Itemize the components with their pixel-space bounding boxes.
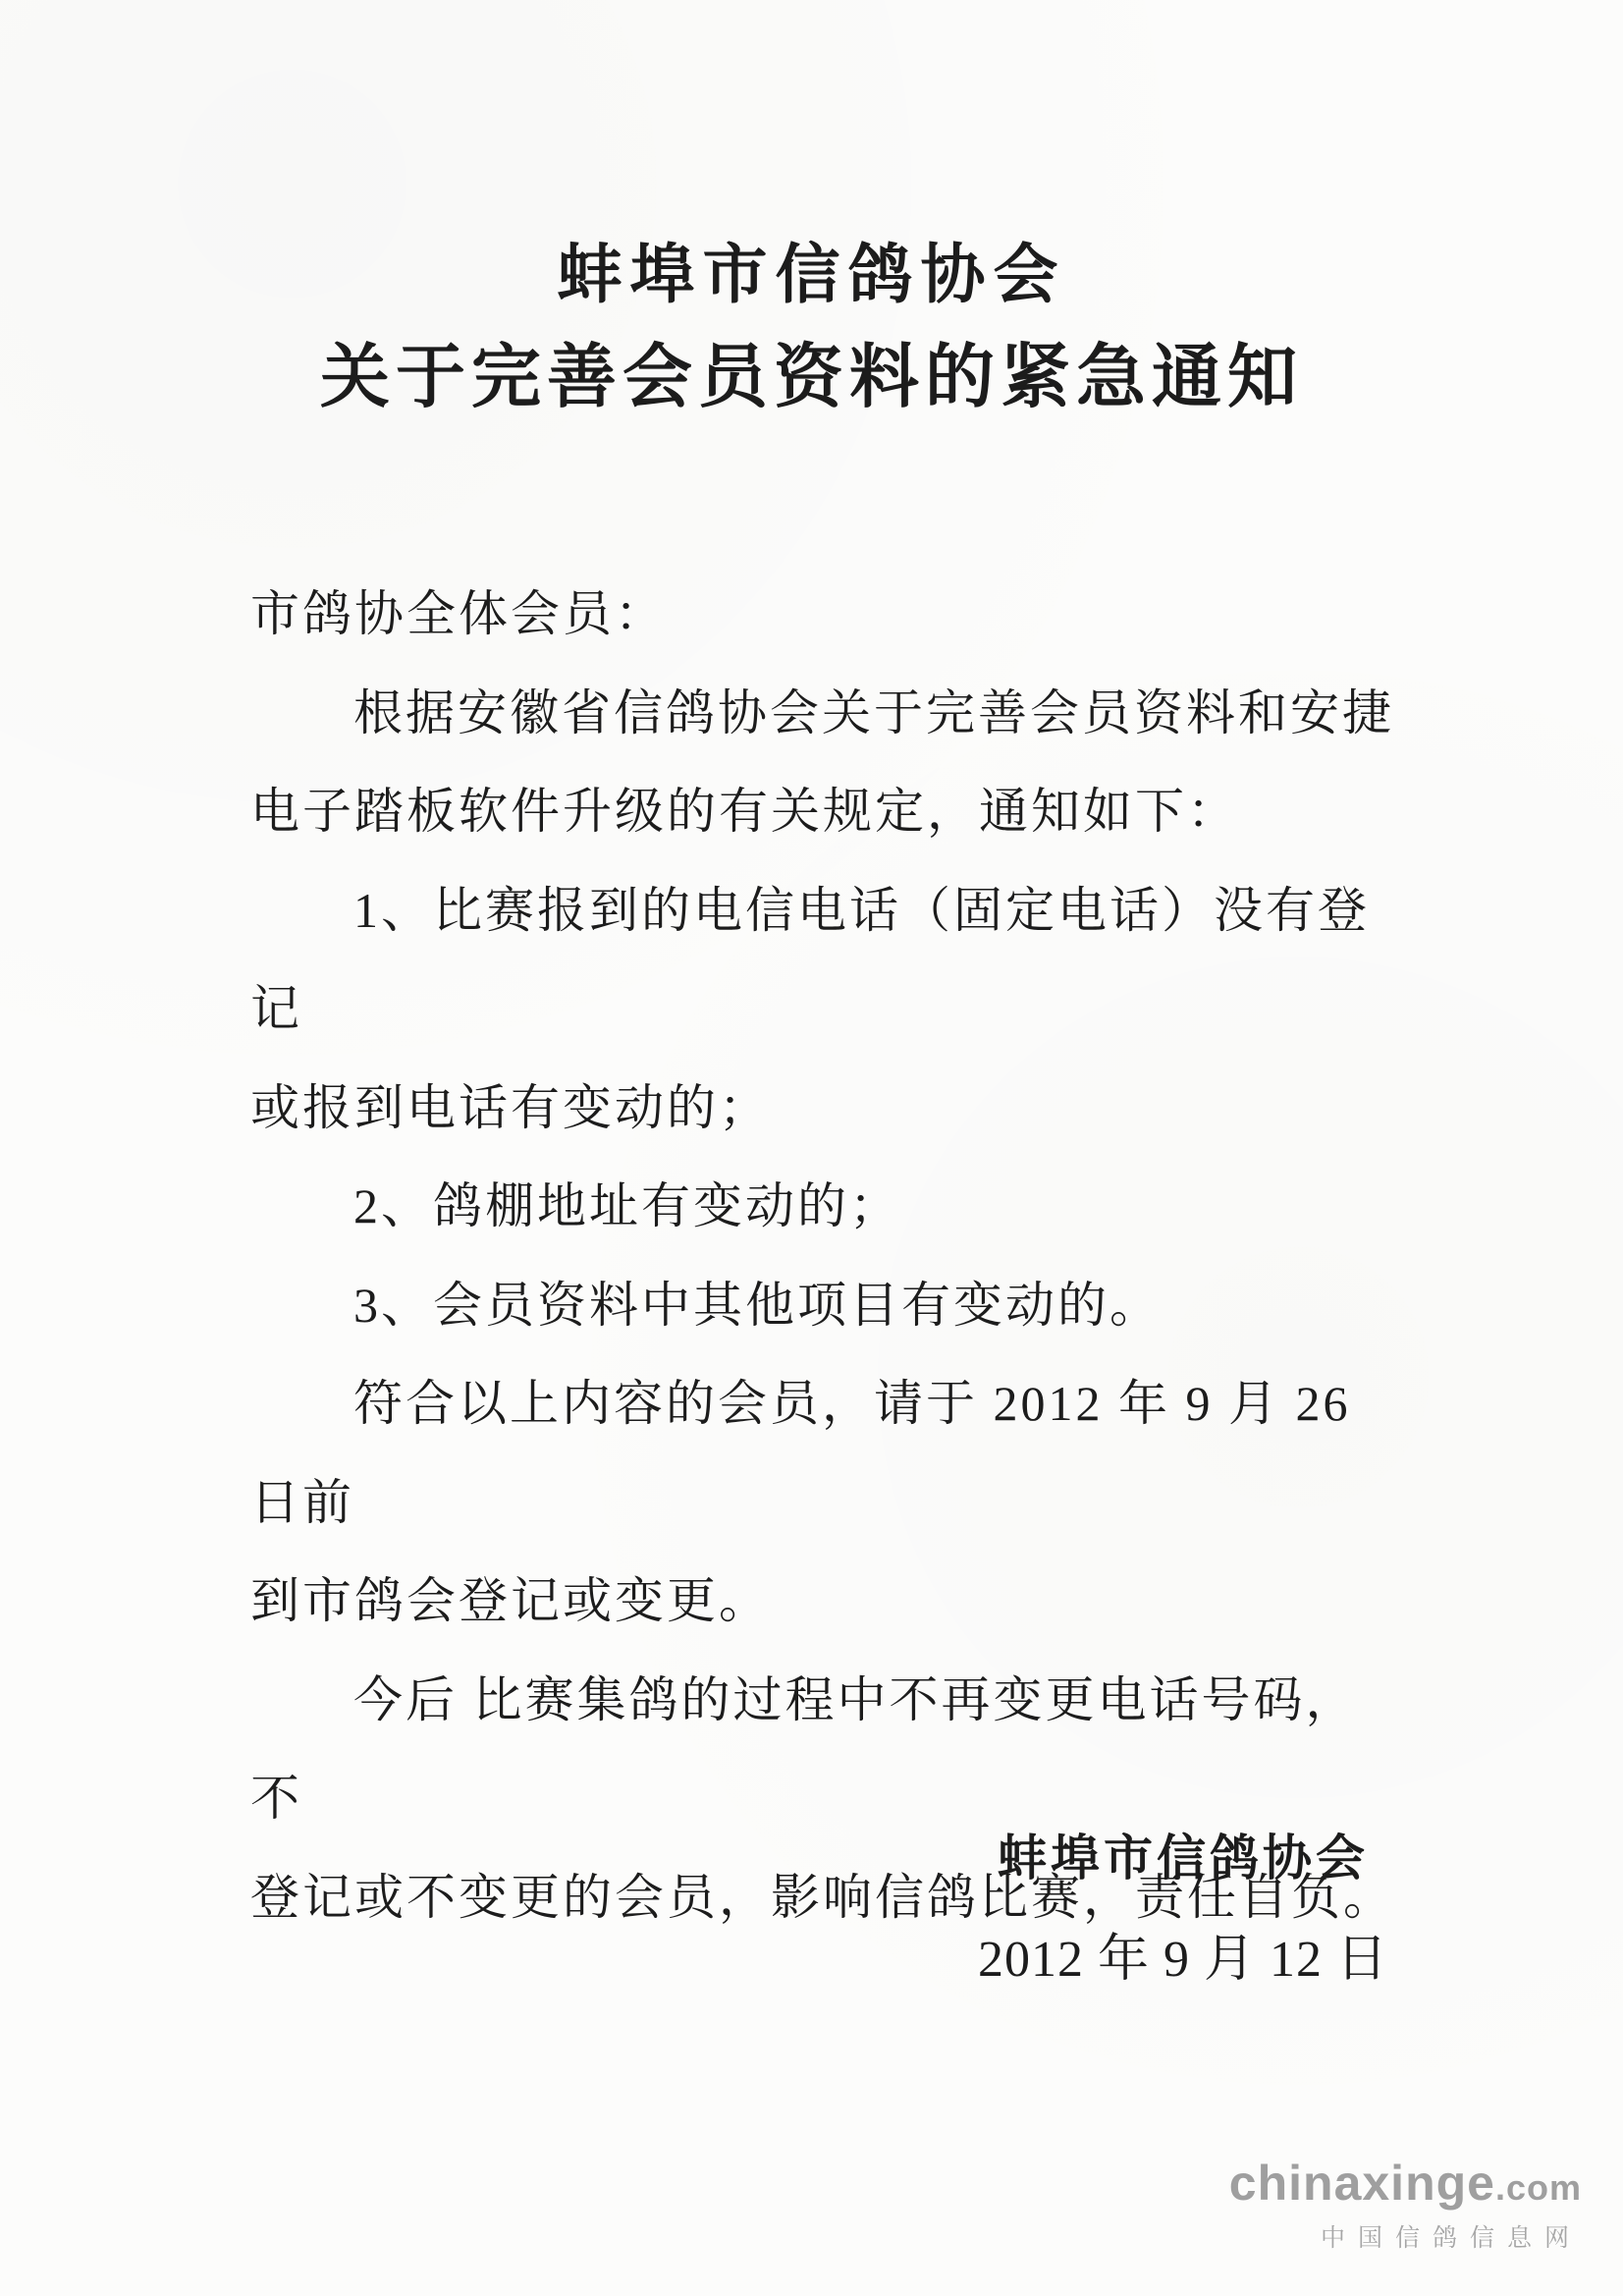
- body-line-item-2: 2、鸽棚地址有变动的；: [250, 1157, 1402, 1256]
- body-line: 或报到电话有变动的；: [250, 1059, 1402, 1158]
- doc-subtitle: 关于完善会员资料的紧急通知: [0, 336, 1623, 419]
- signature-date: 2012 年 9 月 12 日: [913, 1917, 1453, 1991]
- body-line-item-1: 1、比赛报到的电信电话（固定电话）没有登记: [250, 861, 1402, 1059]
- watermark-tld: .com: [1495, 2167, 1582, 2208]
- doc-title: 蚌埠市信鸽协会: [0, 236, 1623, 313]
- body-line: 符合以上内容的会员，请于 2012 年 9 月 26 日前: [250, 1354, 1402, 1552]
- site-watermark: chinaxinge.com 中国信鸽信息网: [1229, 2157, 1582, 2254]
- scanned-notice-page: 蚌埠市信鸽协会 关于完善会员资料的紧急通知 市鸽协全体会员： 根据安徽省信鸽协会…: [0, 0, 1623, 2296]
- signature-org: 蚌埠市信鸽协会: [933, 1819, 1434, 1889]
- body-line: 电子踏板软件升级的有关规定，通知如下：: [250, 762, 1402, 861]
- body-line: 根据安徽省信鸽协会关于完善会员资料和安捷: [250, 664, 1402, 763]
- watermark-logo: chinaxinge.com: [1229, 2157, 1582, 2211]
- body-line: 到市鸽会登记或变更。: [250, 1552, 1402, 1651]
- salutation-line: 市鸽协全体会员：: [250, 565, 1402, 664]
- body-line-item-3: 3、会员资料中其他项目有变动的。: [250, 1256, 1402, 1355]
- doc-body: 市鸽协全体会员： 根据安徽省信鸽协会关于完善会员资料和安捷 电子踏板软件升级的有…: [250, 565, 1402, 1946]
- watermark-site-name: chinaxinge: [1229, 2156, 1495, 2211]
- watermark-subtitle: 中国信鸽信息网: [1229, 2218, 1582, 2254]
